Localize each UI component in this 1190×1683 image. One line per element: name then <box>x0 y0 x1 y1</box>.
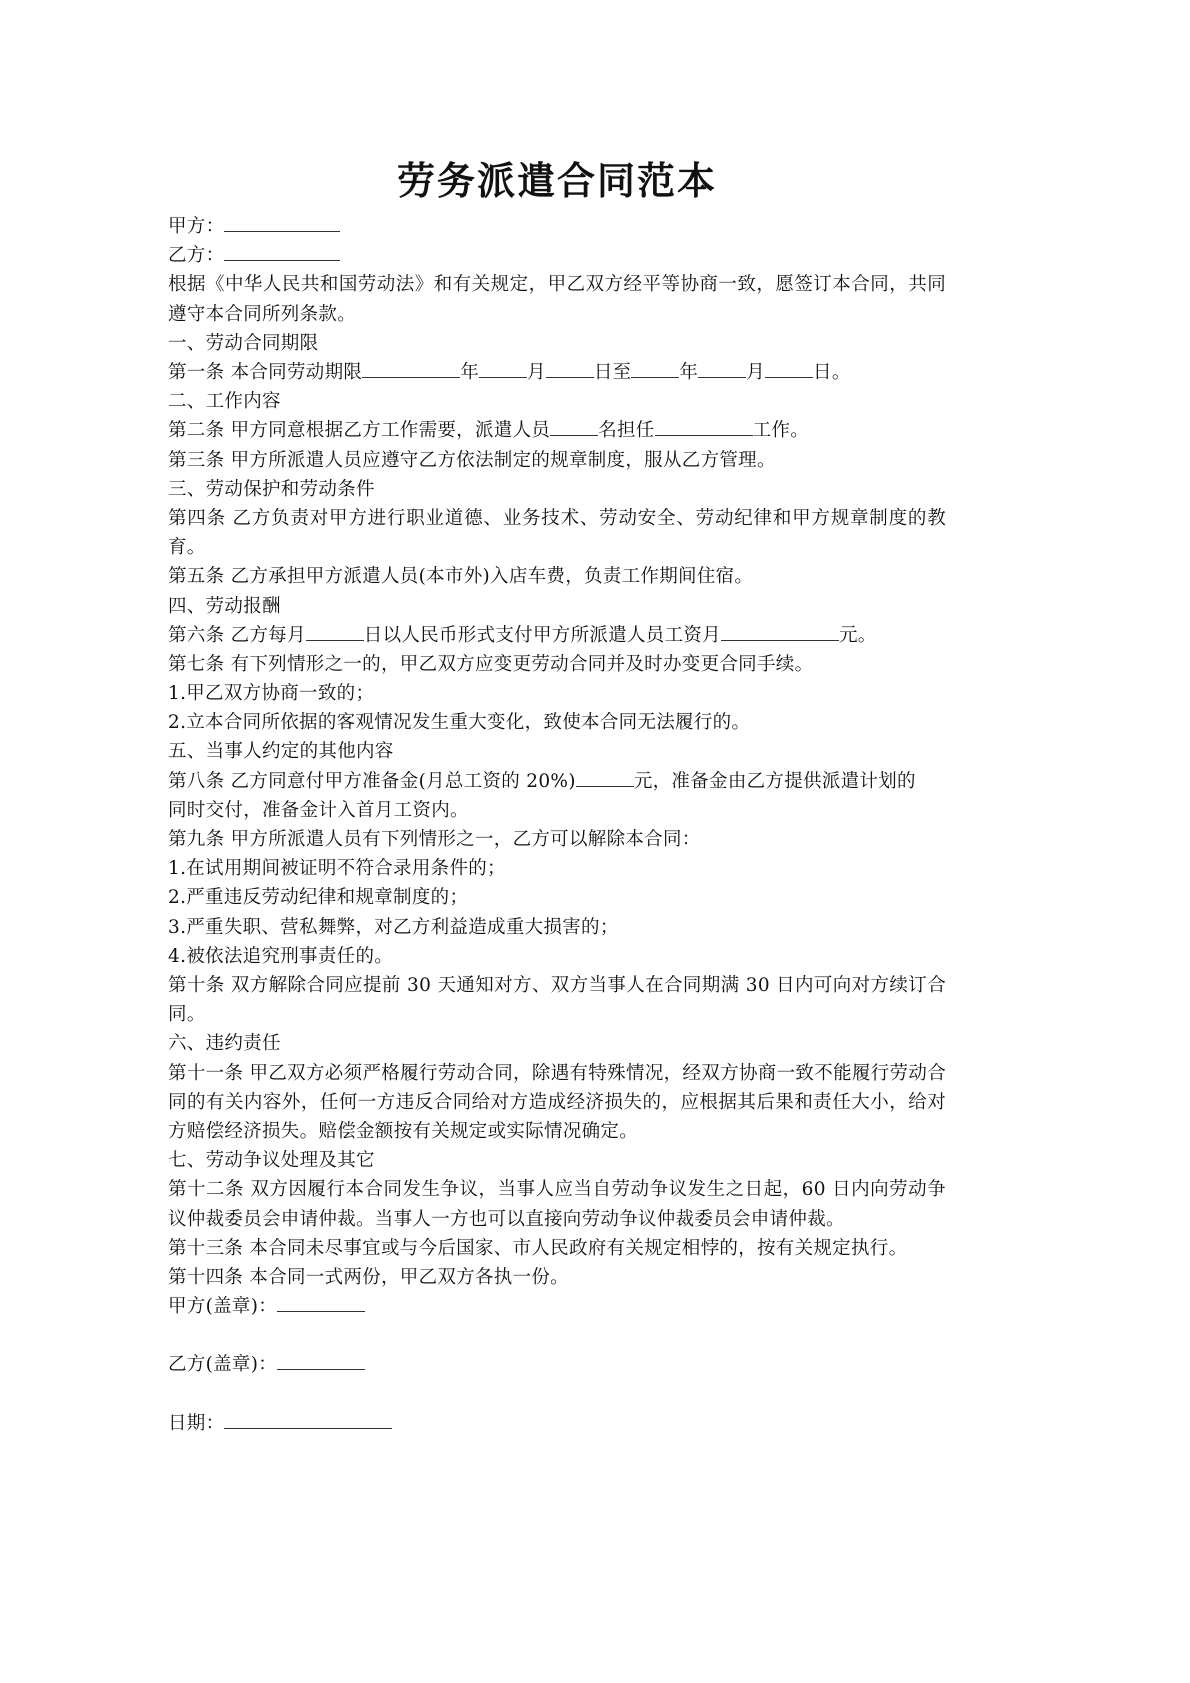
article-9-item-3: 3.严重失职、营私舞弊，对乙方利益造成重大损害的； <box>168 913 946 942</box>
article-6: 第六条 乙方每月日以人民币形式支付甲方所派遣人员工资月元。 <box>168 621 946 650</box>
term-end-year-blank[interactable] <box>631 359 679 378</box>
section-heading-6: 六、违约责任 <box>168 1029 946 1058</box>
contract-document: 劳务派遣合同范本 甲方： 乙方： 根据《中华人民共和国劳动法》和有关规定，甲乙双… <box>168 150 946 1438</box>
article-12: 第十二条 双方因履行本合同发生争议，当事人应当自劳动争议发生之日起，60 日内向… <box>168 1175 946 1233</box>
party-a-line: 甲方： <box>168 212 946 241</box>
wage-amount-blank[interactable] <box>721 622 839 641</box>
term-end-month-blank[interactable] <box>698 359 746 378</box>
term-start-day-blank[interactable] <box>546 359 594 378</box>
article-2: 第二条 甲方同意根据乙方工作需要，派遣人员名担任工作。 <box>168 416 946 445</box>
article-4: 第四条 乙方负责对甲方进行职业道德、业务技术、劳动安全、劳动纪律和甲方规章制度的… <box>168 504 946 562</box>
article-10: 第十条 双方解除合同应提前 30 天通知对方、双方当事人在合同期满 30 日内可… <box>168 971 946 1029</box>
article-1: 第一条 本合同劳动期限年月日至年月日。 <box>168 358 946 387</box>
signature-date: 日期： <box>168 1409 946 1438</box>
party-b-blank[interactable] <box>224 242 340 261</box>
article-8-line-2: 同时交付，准备金计入首月工资内。 <box>168 796 946 825</box>
date-blank[interactable] <box>224 1410 392 1429</box>
signature-party-a: 甲方(盖章)： <box>168 1292 946 1321</box>
party-b-line: 乙方： <box>168 241 946 270</box>
article-11: 第十一条 甲乙双方必须严格履行劳动合同，除遇有特殊情况，经双方协商一致不能履行劳… <box>168 1059 946 1147</box>
article-7: 第七条 有下列情形之一的，甲乙双方应变更劳动合同并及时办变更合同手续。 <box>168 650 946 679</box>
party-b-label: 乙方： <box>168 245 224 266</box>
party-a-seal-blank[interactable] <box>277 1293 365 1312</box>
document-title: 劳务派遣合同范本 <box>168 150 946 212</box>
term-start-month-blank[interactable] <box>479 359 527 378</box>
job-title-blank[interactable] <box>655 417 753 436</box>
party-b-seal-blank[interactable] <box>277 1351 365 1370</box>
party-a-label: 甲方： <box>168 216 224 237</box>
pay-day-blank[interactable] <box>306 622 364 641</box>
article-3: 第三条 甲方所派遣人员应遵守乙方依法制定的规章制度，服从乙方管理。 <box>168 446 946 475</box>
article-9: 第九条 甲方所派遣人员有下列情形之一，乙方可以解除本合同： <box>168 825 946 854</box>
section-heading-1: 一、劳动合同期限 <box>168 329 946 358</box>
article-8-line-1: 第八条 乙方同意付甲方准备金(月总工资的 20%)元，准备金由乙方提供派遣计划的 <box>168 767 946 796</box>
signature-party-b: 乙方(盖章)： <box>168 1350 946 1379</box>
preamble: 根据《中华人民共和国劳动法》和有关规定，甲乙双方经平等协商一致，愿签订本合同，共… <box>168 270 946 328</box>
deposit-amount-blank[interactable] <box>576 768 634 787</box>
section-heading-5: 五、当事人约定的其他内容 <box>168 737 946 766</box>
article-7-item-1: 1.甲乙双方协商一致的； <box>168 679 946 708</box>
article-13: 第十三条 本合同未尽事宜或与今后国家、市人民政府有关规定相悖的，按有关规定执行。 <box>168 1234 946 1263</box>
article-14: 第十四条 本合同一式两份，甲乙双方各执一份。 <box>168 1263 946 1292</box>
section-heading-3: 三、劳动保护和劳动条件 <box>168 475 946 504</box>
article-9-item-1: 1.在试用期间被证明不符合录用条件的； <box>168 854 946 883</box>
article-5: 第五条 乙方承担甲方派遣人员(本市外)入店车费，负责工作期间住宿。 <box>168 562 946 591</box>
article-7-item-2: 2.立本合同所依据的客观情况发生重大变化，致使本合同无法履行的。 <box>168 708 946 737</box>
article-9-item-4: 4.被依法追究刑事责任的。 <box>168 942 946 971</box>
term-end-day-blank[interactable] <box>765 359 813 378</box>
party-a-blank[interactable] <box>224 213 340 232</box>
article-9-item-2: 2.严重违反劳动纪律和规章制度的； <box>168 883 946 912</box>
section-heading-4: 四、劳动报酬 <box>168 592 946 621</box>
staff-count-blank[interactable] <box>550 417 598 436</box>
section-heading-7: 七、劳动争议处理及其它 <box>168 1146 946 1175</box>
term-start-year-blank[interactable] <box>362 359 460 378</box>
section-heading-2: 二、工作内容 <box>168 387 946 416</box>
